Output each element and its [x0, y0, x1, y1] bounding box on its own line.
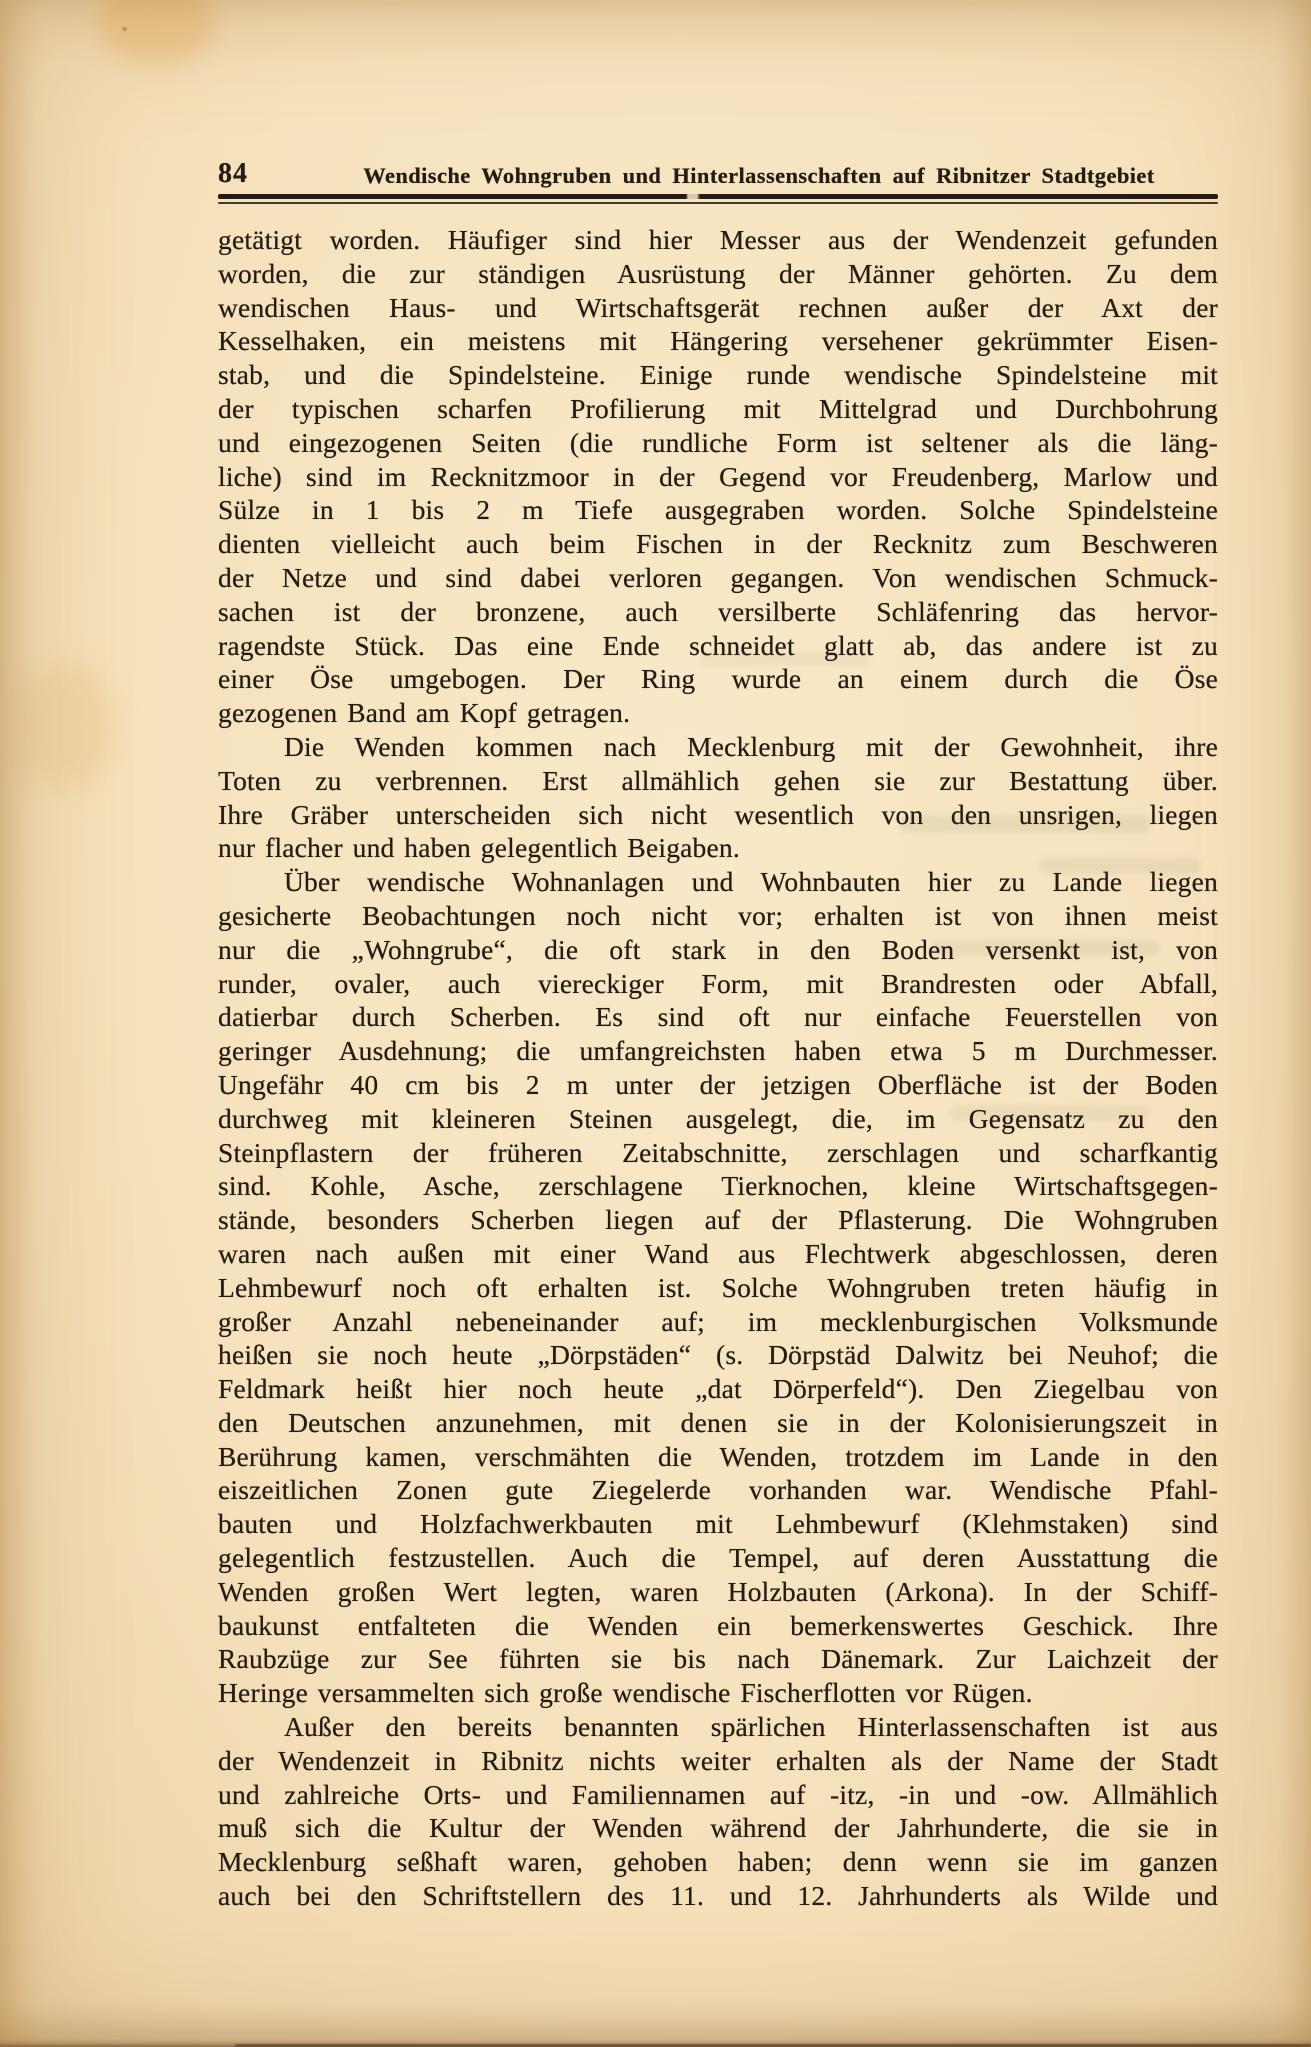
text-line: eiszeitlichen Zonen gute Ziegelerde vorh… — [218, 1473, 1218, 1507]
text-line: Sülze in 1 bis 2 m Tiefe ausgegraben wor… — [218, 493, 1218, 527]
text-line: heißen sie noch heute „Dörpstäden“ (s. D… — [218, 1338, 1218, 1372]
text-line: Kesselhaken, ein meistens mit Hängering … — [218, 324, 1218, 358]
text-line: und zahlreiche Orts- und Familiennamen a… — [218, 1778, 1218, 1812]
header-rule-thick — [218, 194, 1218, 199]
book-page-scan: 84 Wendische Wohngruben und Hinterlassen… — [0, 0, 1311, 2047]
text-line: Außer den bereits benannten spärlichen H… — [218, 1710, 1218, 1744]
text-line: sachen ist der bronzene, auch versilbert… — [218, 595, 1218, 629]
text-line: großer Anzahl nebeneinander auf; im meck… — [218, 1305, 1218, 1339]
text-line: Ihre Gräber unterscheiden sich nicht wes… — [218, 798, 1218, 832]
header-rule-thin — [218, 202, 1218, 204]
text-line: Heringe versammelten sich große wendisch… — [218, 1676, 1218, 1710]
running-title: Wendische Wohngruben und Hinterlassensch… — [300, 163, 1218, 189]
text-line: gezogenen Band am Kopf getragen. — [218, 696, 1218, 730]
text-line: stände, besonders Scherben liegen auf de… — [218, 1203, 1218, 1237]
text-line: stab, und die Spindelsteine. Einige rund… — [218, 358, 1218, 392]
scan-bottom-edge — [0, 2039, 1311, 2047]
text-line: datierbar durch Scherben. Es sind oft nu… — [218, 1000, 1218, 1034]
text-line: einer Öse umgebogen. Der Ring wurde an e… — [218, 662, 1218, 696]
text-line: Lehmbewurf noch oft erhalten ist. Solche… — [218, 1271, 1218, 1305]
text-line: liche) sind im Recknitzmoor in der Gegen… — [218, 460, 1218, 494]
text-line: geringer Ausdehnung; die umfangreichsten… — [218, 1034, 1218, 1068]
paper-stain-left — [16, 664, 112, 790]
text-line: runder, ovaler, auch viereckiger Form, m… — [218, 967, 1218, 1001]
text-line: Berührung kamen, verschmähten die Wenden… — [218, 1440, 1218, 1474]
text-line: getätigt worden. Häufiger sind hier Mess… — [218, 223, 1218, 257]
text-line: baukunst entfalteten die Wenden ein beme… — [218, 1609, 1218, 1643]
text-line: den Deutschen anzunehmen, mit denen sie … — [218, 1406, 1218, 1440]
text-line: muß sich die Kultur der Wenden während d… — [218, 1811, 1218, 1845]
text-line: Steinpflastern der früheren Zeitabschnit… — [218, 1136, 1218, 1170]
text-line: Feldmark heißt hier noch heute „dat Dörp… — [218, 1372, 1218, 1406]
paper-stain-top — [98, 0, 216, 66]
text-line: bauten und Holzfachwerkbauten mit Lehmbe… — [218, 1507, 1218, 1541]
text-line: auch bei den Schriftstellern des 11. und… — [218, 1879, 1218, 1913]
text-line: Ungefähr 40 cm bis 2 m unter der jetzige… — [218, 1068, 1218, 1102]
text-line: der Netze und sind dabei verloren gegang… — [218, 561, 1218, 595]
text-line: nur flacher und haben gelegentlich Beiga… — [218, 831, 1218, 865]
text-line: durchweg mit kleineren Steinen ausgelegt… — [218, 1102, 1218, 1136]
page-number: 84 — [218, 158, 248, 190]
header-rule — [218, 194, 1218, 204]
text-line: waren nach außen mit einer Wand aus Flec… — [218, 1237, 1218, 1271]
text-line: Über wendische Wohnanlagen und Wohnbaute… — [218, 865, 1218, 899]
page-text: getätigt worden. Häufiger sind hier Mess… — [218, 223, 1218, 1913]
text-line: nur die „Wohngrube“, die oft stark in de… — [218, 933, 1218, 967]
text-line: worden, die zur ständigen Ausrüstung der… — [218, 257, 1218, 291]
text-line: der typischen scharfen Profilierung mit … — [218, 392, 1218, 426]
text-line: Die Wenden kommen nach Mecklenburg mit d… — [218, 730, 1218, 764]
text-line: Raubzüge zur See führten sie bis nach Dä… — [218, 1642, 1218, 1676]
text-line: und eingezogenen Seiten (die rundliche F… — [218, 426, 1218, 460]
text-line: gelegentlich festzustellen. Auch die Tem… — [218, 1541, 1218, 1575]
text-line: Wenden großen Wert legten, waren Holzbau… — [218, 1575, 1218, 1609]
text-line: Toten zu verbrennen. Erst allmählich geh… — [218, 764, 1218, 798]
paper-fleck — [122, 27, 127, 31]
text-line: sind. Kohle, Asche, zerschlagene Tierkno… — [218, 1169, 1218, 1203]
text-line: ragendste Stück. Das eine Ende schneidet… — [218, 629, 1218, 663]
text-line: dienten vielleicht auch beim Fischen in … — [218, 527, 1218, 561]
text-line: gesicherte Beobachtungen noch nicht vor;… — [218, 899, 1218, 933]
text-line: Mecklenburg seßhaft waren, gehoben haben… — [218, 1845, 1218, 1879]
text-line: wendischen Haus- und Wirtschaftsgerät re… — [218, 291, 1218, 325]
text-line: der Wendenzeit in Ribnitz nichts weiter … — [218, 1744, 1218, 1778]
